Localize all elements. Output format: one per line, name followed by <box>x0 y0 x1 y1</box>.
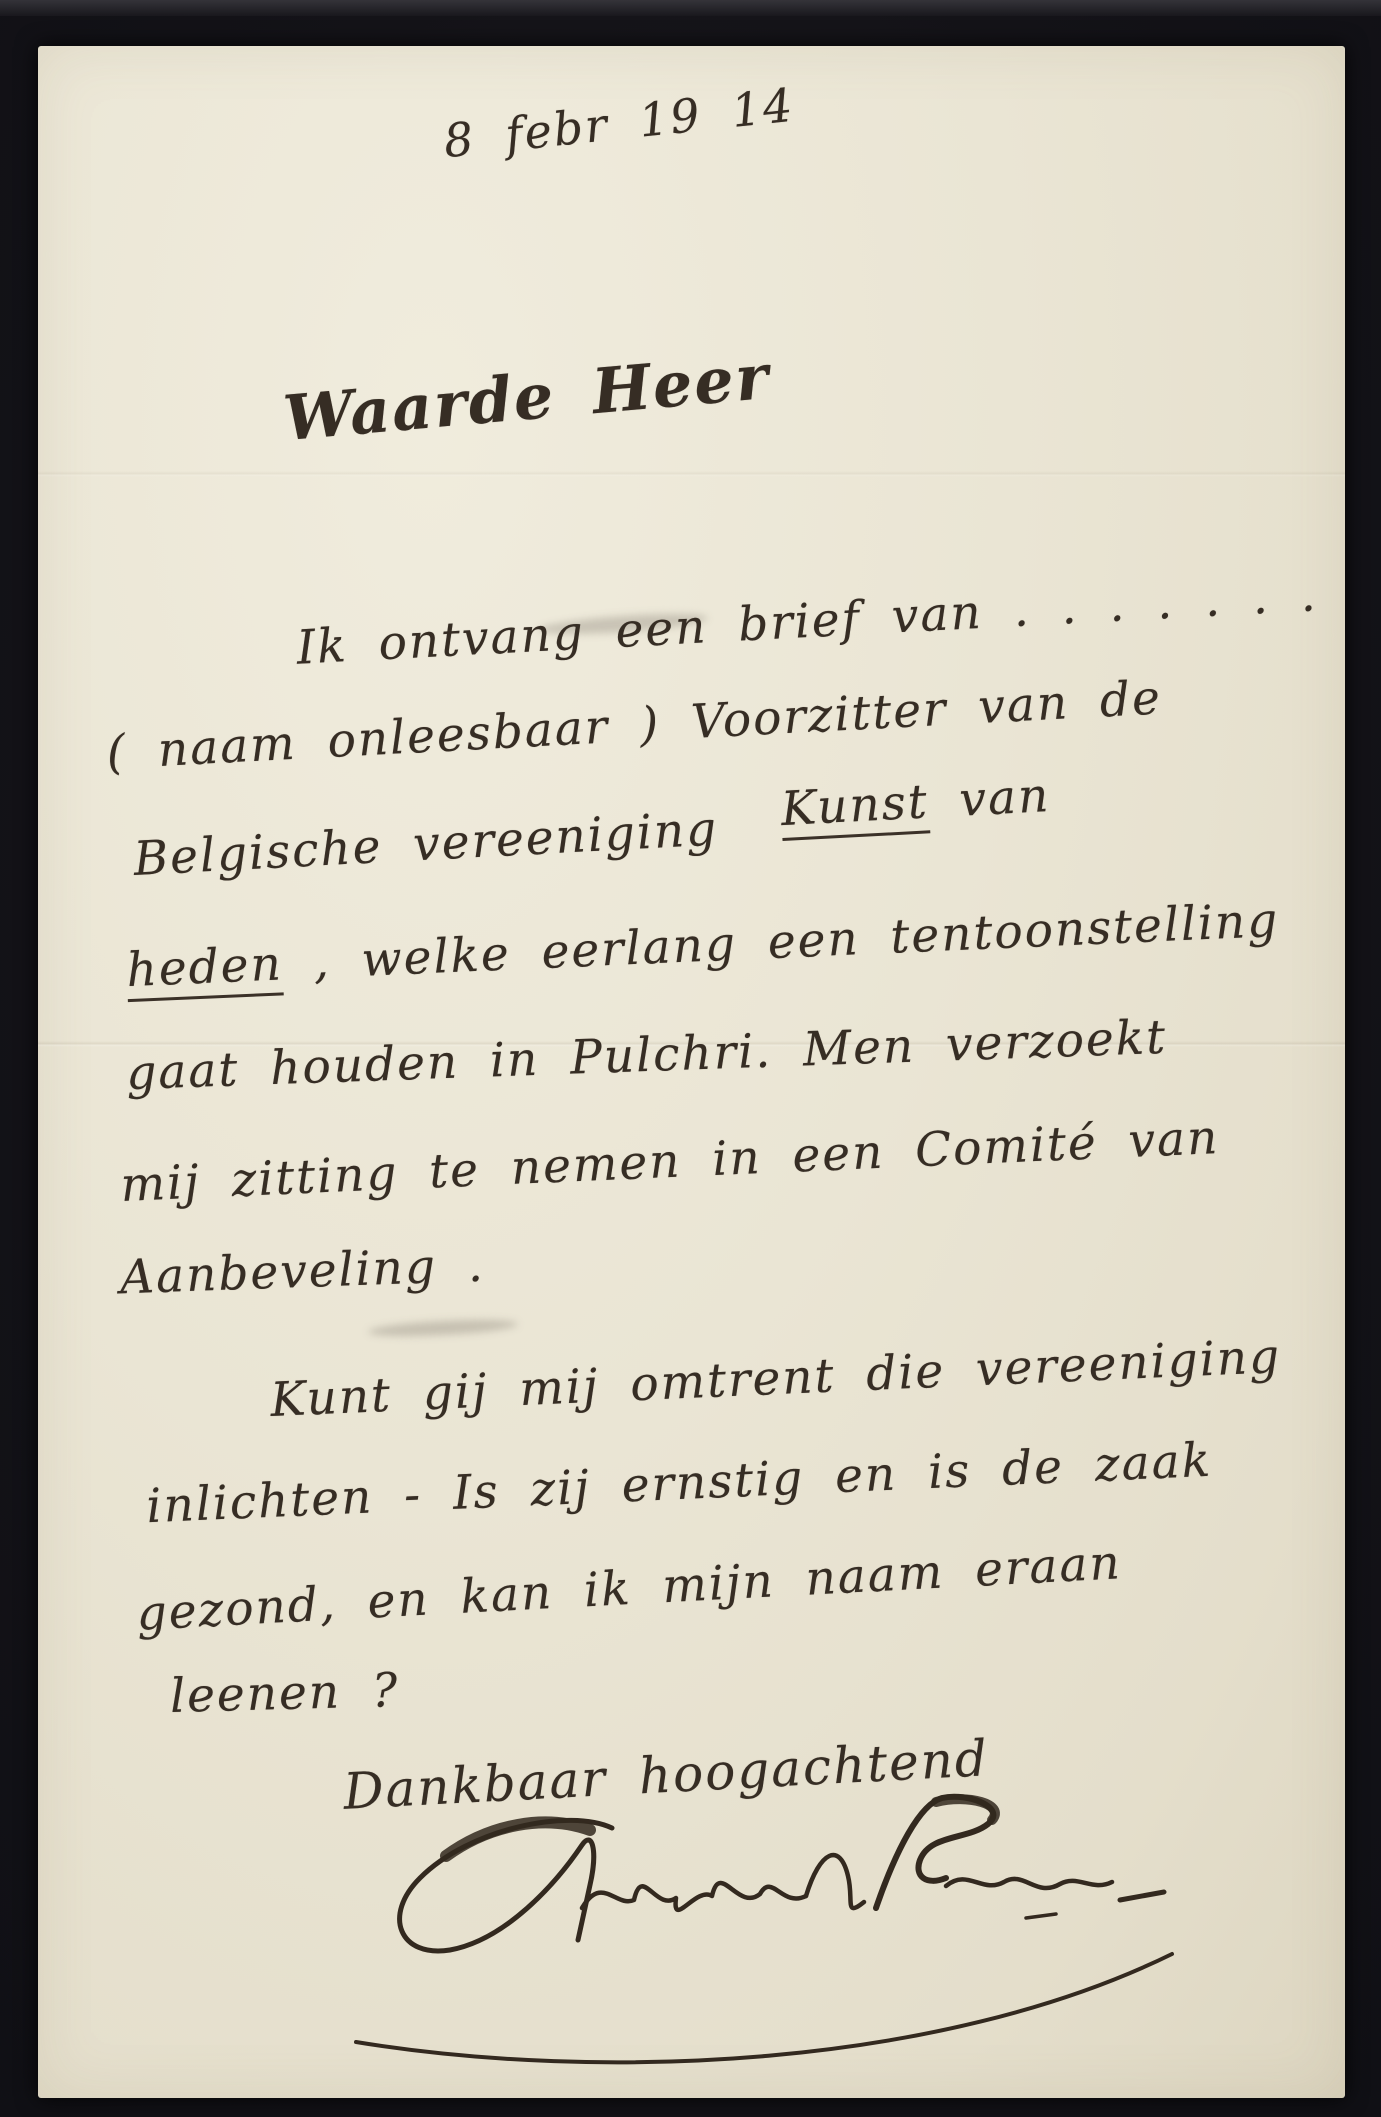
letter-line: Aanbeveling . <box>119 1238 486 1306</box>
letter-salutation: Waarde Heer <box>281 340 773 455</box>
letter-line-part: Belgische vereeniging <box>132 801 719 887</box>
letter-line-part: van <box>927 768 1052 829</box>
paper-crease <box>38 471 1345 477</box>
letter-line: Belgische vereenigingKunst van <box>132 784 1052 887</box>
letter-date: 8 febr 19 14 <box>441 78 797 168</box>
underlined-word: heden <box>125 936 284 1002</box>
letter-line: Ik ontvang een brief van . . . . . . . <box>295 567 1318 675</box>
letter-line: Kunt gij mij omtrent die vereeniging <box>269 1329 1282 1428</box>
letter-line: inlichten - Is zij ernstig en is de zaak <box>145 1433 1213 1534</box>
society-name-part: Kunst van <box>780 768 1052 837</box>
ink-smudge <box>368 1317 519 1339</box>
letter-line: gezond, en kan ik mijn naam eraan <box>135 1535 1123 1642</box>
letter-line: leenen ? <box>169 1663 400 1724</box>
letter-line: gaat houden in Pulchri. Men verzoekt <box>125 1010 1168 1101</box>
letter-line: ( naam onleesbaar ) Voorzitter van de <box>105 670 1163 780</box>
letter-photo: 8 febr 19 14 Waarde Heer Ik ontvang een … <box>0 0 1381 2117</box>
letter-line: mij zitting te nemen in een Comité van <box>119 1110 1220 1213</box>
signature-flourish <box>320 1790 1200 2080</box>
underlined-word: Kunst <box>780 774 931 841</box>
letter-line: heden , welke eerlang een tentoonstellin… <box>125 893 1280 998</box>
letter-line-part: , welke eerlang een tentoonstelling <box>281 893 1280 991</box>
